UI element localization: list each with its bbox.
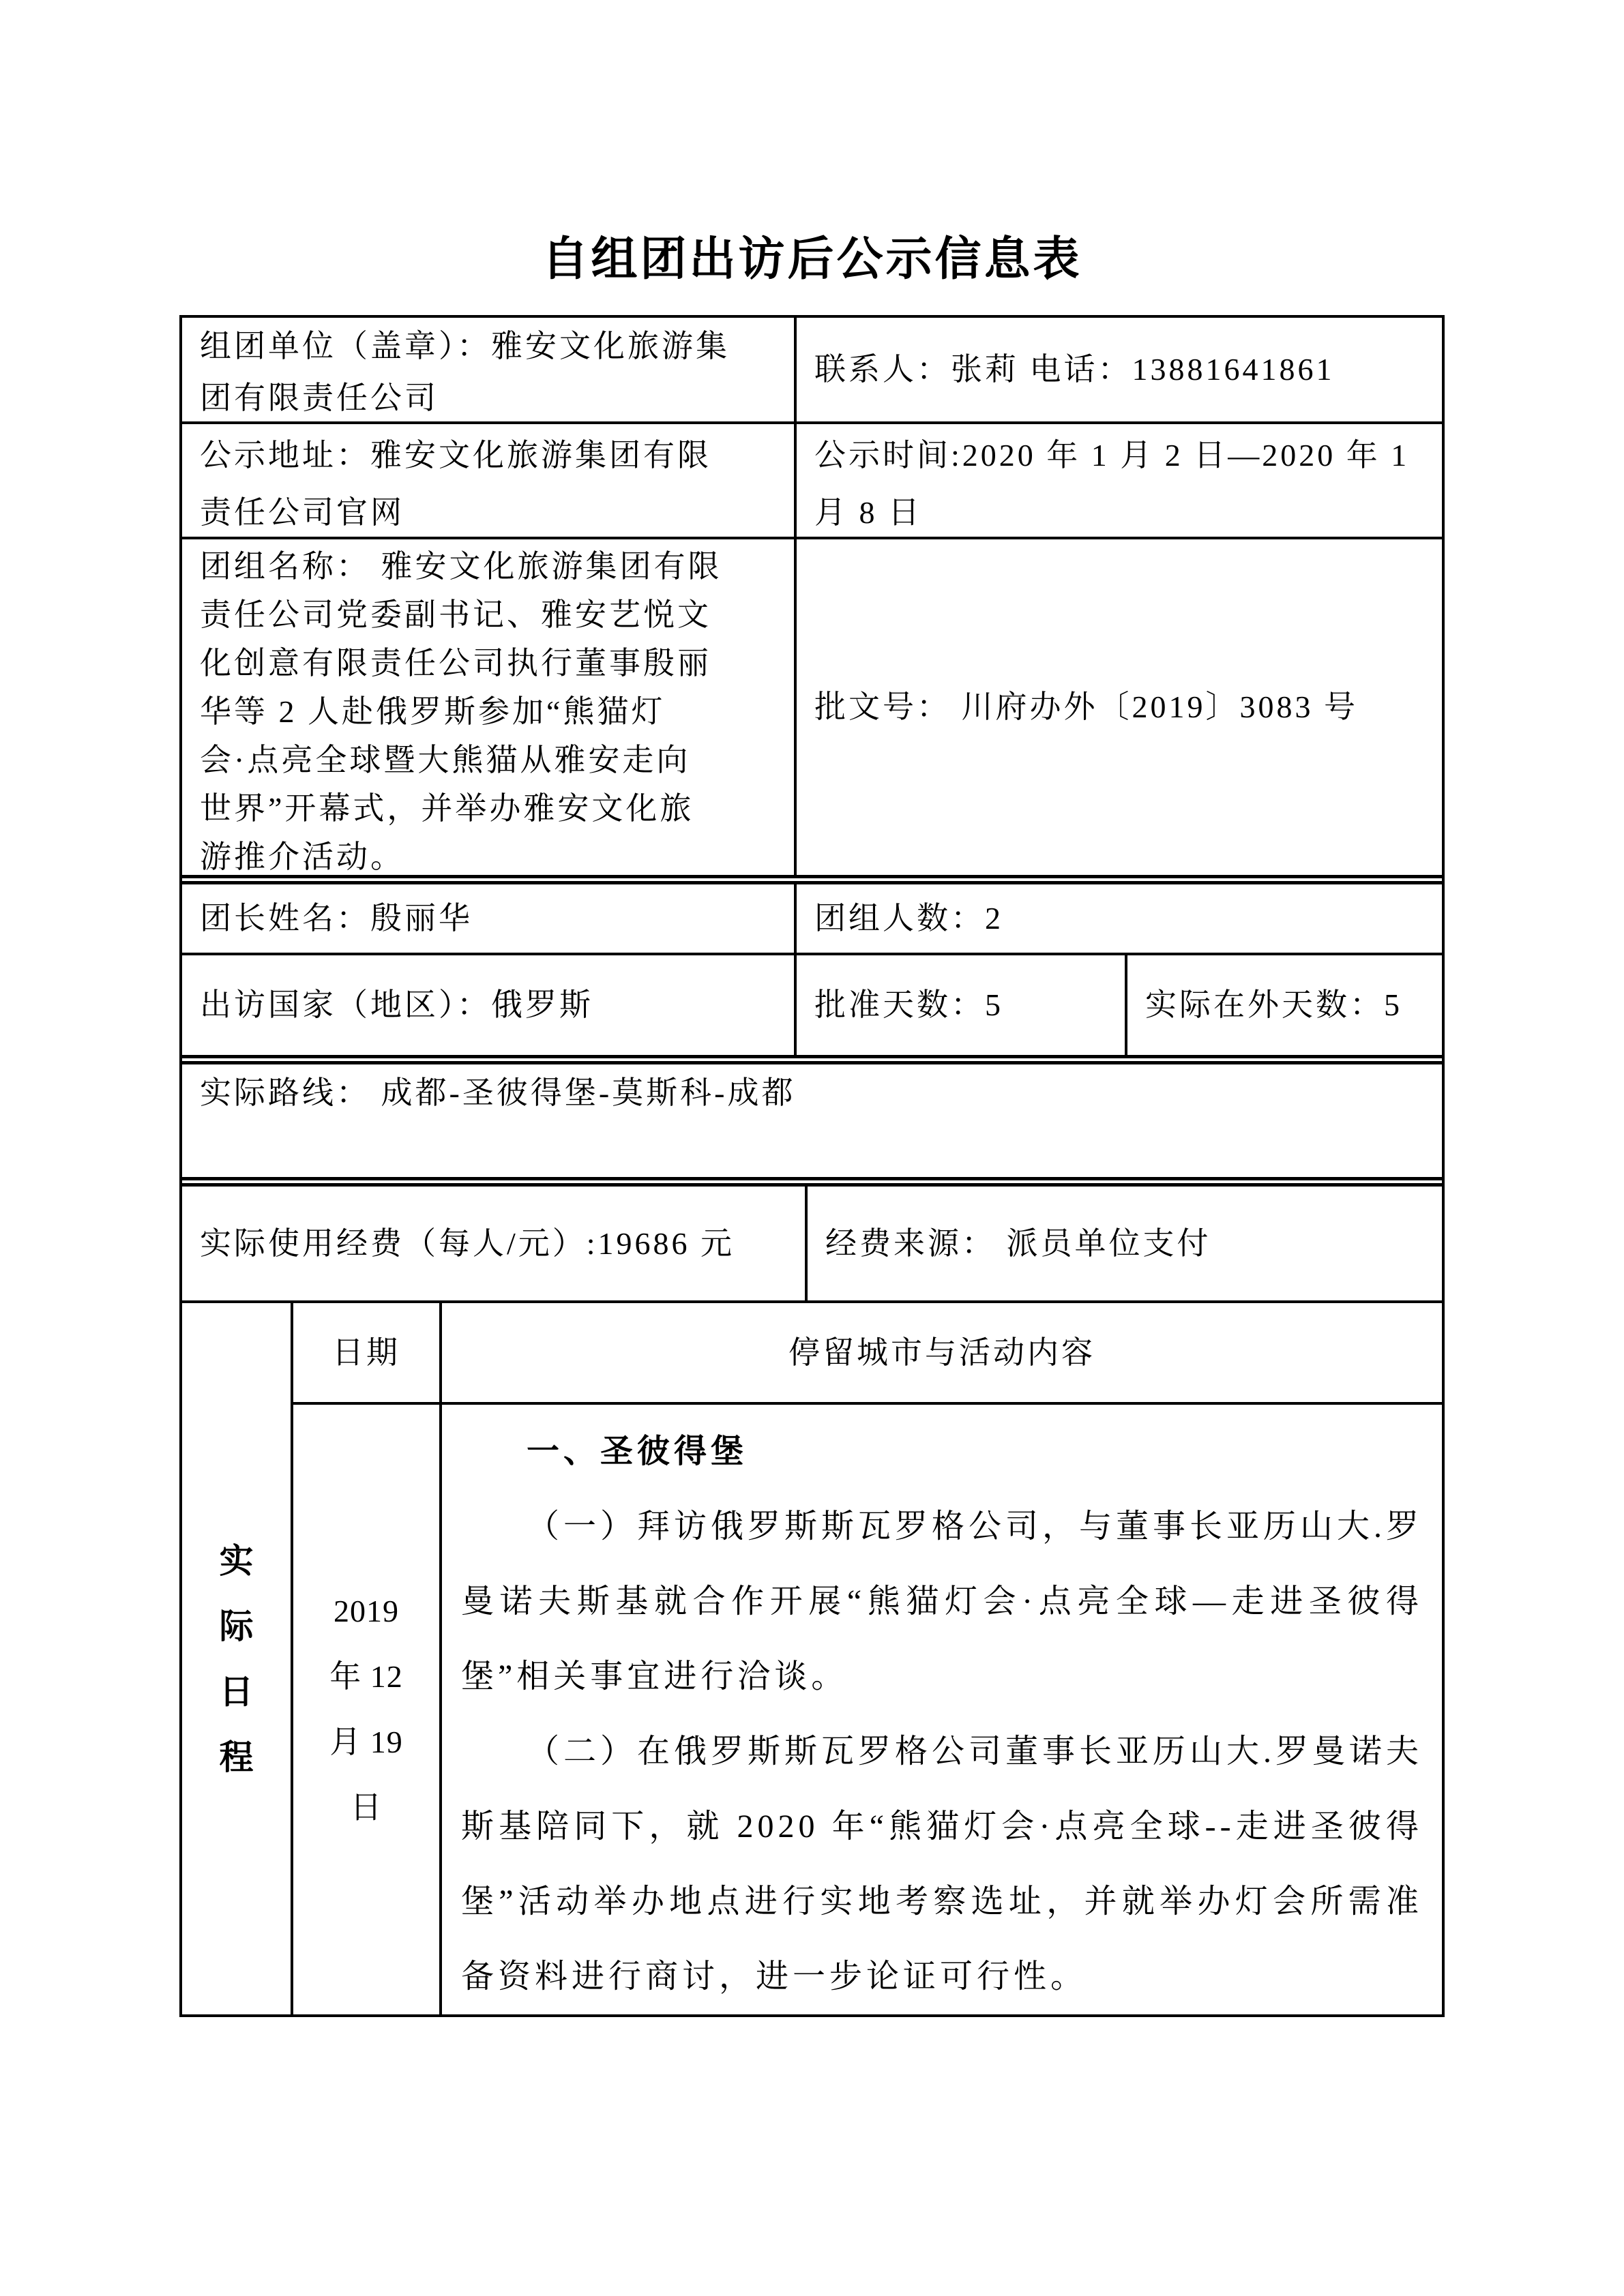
cell-group-name: 团组名称： 雅安文化旅游集团有限 责任公司党委副书记、雅安艺悦文 化创意有限责任… bbox=[182, 539, 794, 875]
cell-publicity-address: 公示地址：雅安文化旅游集团有限 责任公司官网 bbox=[182, 424, 794, 537]
cell-group-size: 团组人数：2 bbox=[794, 884, 1442, 953]
page-title: 自组团出访后公示信息表 bbox=[0, 222, 1624, 288]
cell-contact: 联系人：张莉 电话：13881641861 bbox=[794, 318, 1442, 421]
cell-visited-countries: 出访国家（地区）：俄罗斯 bbox=[182, 955, 794, 1055]
row-actual-route: 实际路线： 成都-圣彼得堡-莫斯科-成都 bbox=[182, 1055, 1442, 1177]
cell-activity-header: 停留城市与活动内容 bbox=[439, 1303, 1442, 1402]
cell-publicity-time: 公示时间:2020 年 1 月 2 日—2020 年 1 月 8 日 bbox=[794, 424, 1442, 537]
activity-city-heading: 一、圣彼得堡 bbox=[461, 1414, 1423, 1489]
cell-leader-name: 团长姓名：殷丽华 bbox=[182, 884, 794, 953]
schedule-header-row: 日期 停留城市与活动内容 bbox=[291, 1303, 1442, 1402]
activity-paragraph-2: （二）在俄罗斯斯瓦罗格公司董事长亚历山大.罗曼诺夫斯基陪同下，就 2020 年“… bbox=[461, 1714, 1423, 2014]
cell-actual-days-abroad: 实际在外天数：5 bbox=[1125, 955, 1442, 1055]
row-cost: 实际使用经费（每人/元）:19686 元 经费来源： 派员单位支付 bbox=[182, 1177, 1442, 1300]
schedule-grid: 日期 停留城市与活动内容 2019 年 12 月 19 日 一、圣彼得堡 （一）… bbox=[291, 1303, 1442, 2014]
cell-funding-source: 经费来源： 派员单位支付 bbox=[805, 1187, 1442, 1300]
cell-approval-doc-no: 批文号： 川府办外〔2019〕3083 号 bbox=[794, 539, 1442, 875]
cell-approved-days: 批准天数：5 bbox=[794, 955, 1125, 1055]
activity-paragraph-1: （一）拜访俄罗斯斯瓦罗格公司，与董事长亚历山大.罗曼诺夫斯基就合作开展“熊猫灯会… bbox=[461, 1489, 1423, 1714]
schedule-content-row: 2019 年 12 月 19 日 一、圣彼得堡 （一）拜访俄罗斯斯瓦罗格公司，与… bbox=[291, 1402, 1442, 2014]
cell-activity-content: 一、圣彼得堡 （一）拜访俄罗斯斯瓦罗格公司，与董事长亚历山大.罗曼诺夫斯基就合作… bbox=[439, 1405, 1442, 2014]
info-table: 组团单位（盖章）：雅安文化旅游集 团有限责任公司 联系人：张莉 电话：13881… bbox=[179, 315, 1445, 2017]
row-publicity: 公示地址：雅安文化旅游集团有限 责任公司官网 公示时间:2020 年 1 月 2… bbox=[182, 421, 1442, 537]
row-countries-days: 出访国家（地区）：俄罗斯 批准天数：5 实际在外天数：5 bbox=[182, 953, 1442, 1055]
cell-date-header: 日期 bbox=[291, 1303, 439, 1402]
row-group-unit: 组团单位（盖章）：雅安文化旅游集 团有限责任公司 联系人：张莉 电话：13881… bbox=[182, 318, 1442, 421]
cell-schedule-date: 2019 年 12 月 19 日 bbox=[291, 1405, 439, 2014]
cell-actual-route: 实际路线： 成都-圣彼得堡-莫斯科-成都 bbox=[182, 1064, 1442, 1177]
cell-group-unit: 组团单位（盖章）：雅安文化旅游集 团有限责任公司 bbox=[182, 318, 794, 421]
schedule-section: 实 际 日 程 日期 停留城市与活动内容 2019 年 12 月 19 日 一、… bbox=[182, 1300, 1442, 2014]
row-leader: 团长姓名：殷丽华 团组人数：2 bbox=[182, 875, 1442, 953]
cell-actual-cost: 实际使用经费（每人/元）:19686 元 bbox=[182, 1187, 805, 1300]
row-group-name: 团组名称： 雅安文化旅游集团有限 责任公司党委副书记、雅安艺悦文 化创意有限责任… bbox=[182, 537, 1442, 875]
cell-schedule-label: 实 际 日 程 bbox=[182, 1303, 291, 2014]
